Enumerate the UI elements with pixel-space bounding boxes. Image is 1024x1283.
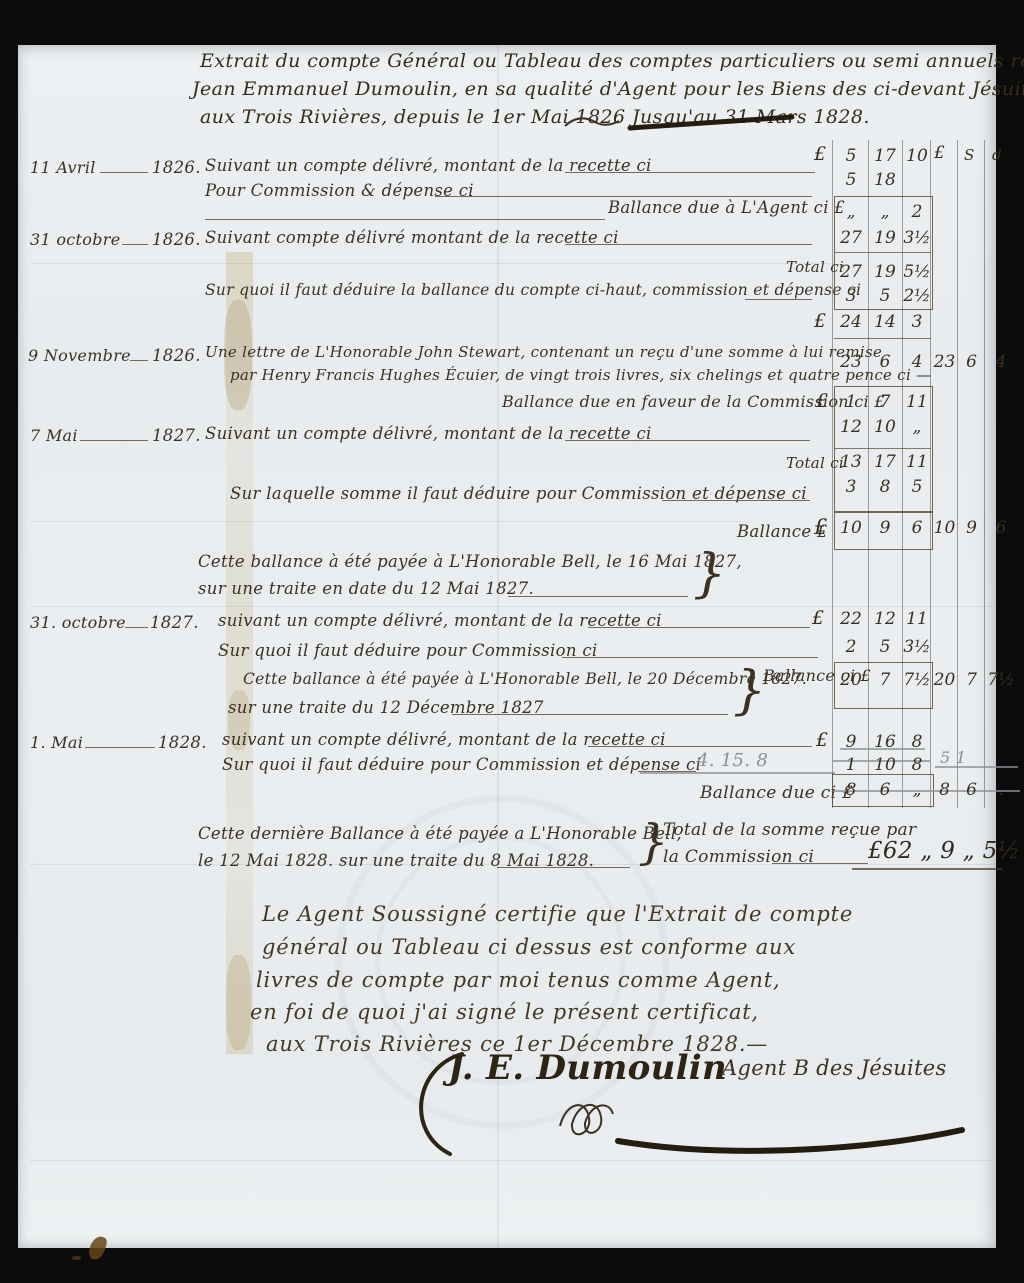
leader-line bbox=[452, 714, 728, 715]
amount-cell: 14 bbox=[868, 312, 902, 332]
title-line-2: Jean Emmanuel Dumoulin, en sa qualité d'… bbox=[192, 78, 1024, 100]
entry-text: Pour Commission & dépense ci bbox=[205, 181, 474, 200]
amount-cell: 5 bbox=[834, 170, 868, 190]
entry-text: Sur quoi il faut déduire pour Commission… bbox=[218, 641, 597, 660]
amount-cell: 3 bbox=[834, 477, 868, 497]
amount-cell: 2½ bbox=[902, 286, 932, 306]
entry-year: 1826. bbox=[152, 230, 201, 249]
amount-cell: 5 bbox=[902, 477, 932, 497]
amount-cell: 20 bbox=[834, 670, 868, 690]
amount-cell: 9 bbox=[868, 518, 902, 538]
date-rule bbox=[100, 172, 148, 173]
grand-total-value: £62 „ 9 „ 5½ bbox=[868, 838, 1020, 864]
certification-line: en foi de quoi j'ai signé le présent cer… bbox=[250, 1000, 759, 1024]
payment-note: Cette ballance à été payée à L'Honorable… bbox=[243, 670, 807, 688]
certification-line: livres de compte par moi tenus comme Age… bbox=[256, 968, 780, 992]
leader-line bbox=[745, 299, 812, 300]
ledger-rule bbox=[984, 140, 985, 808]
pound-sign: £ bbox=[816, 729, 828, 751]
date-rule bbox=[122, 244, 148, 245]
ledger-rule bbox=[957, 140, 958, 808]
date-rule bbox=[85, 747, 155, 748]
date-rule bbox=[80, 440, 148, 441]
entry-text: Sur quoi il faut déduire la ballance du … bbox=[205, 281, 861, 299]
entry-date: 31. octobre bbox=[30, 613, 126, 632]
payment-note: Cette dernière Ballance à été payée a L'… bbox=[198, 824, 682, 843]
pound-sign-header: £ bbox=[934, 143, 945, 163]
amount-cell: 10 bbox=[902, 146, 932, 166]
date-rule bbox=[125, 627, 148, 628]
amount-cell: 1 bbox=[834, 755, 868, 775]
entry-text: Une lettre de L'Honorable John Stewart, … bbox=[205, 343, 882, 361]
fold-line bbox=[30, 521, 740, 522]
leader-line bbox=[508, 596, 688, 597]
amount-cell: 16 bbox=[868, 732, 902, 752]
amount-cell: 6 bbox=[959, 780, 984, 800]
pencil-annotation: 4. 15. 8 bbox=[697, 750, 768, 771]
amount-cell: 7½ bbox=[986, 670, 1016, 690]
amount-cell: 9 bbox=[959, 518, 984, 538]
entry-date: 11 Avril bbox=[30, 158, 96, 177]
amount-cell: 19 bbox=[868, 262, 902, 282]
entry-year: 1827. bbox=[152, 426, 201, 445]
leader-line bbox=[588, 746, 812, 747]
balance-label: Ballance due ci £ bbox=[700, 783, 853, 803]
pence-header: d bbox=[992, 146, 1002, 164]
amount-cell: 12 bbox=[868, 609, 902, 629]
amount-cell: 10 bbox=[932, 518, 957, 538]
amount-cell: 18 bbox=[868, 170, 902, 190]
amount-cell: 5 bbox=[834, 146, 868, 166]
amount-cell: 8 bbox=[902, 732, 932, 752]
signature-flourish bbox=[400, 1040, 1020, 1170]
pound-sign: £ bbox=[812, 607, 824, 629]
amount-cell: 3½ bbox=[902, 228, 932, 248]
amount-cell: 12 bbox=[834, 417, 868, 437]
amount-cell: 2 bbox=[834, 637, 868, 657]
amount-cell: 2 bbox=[902, 202, 932, 222]
entry-year: 1827. bbox=[150, 613, 199, 632]
pound-sign: £ bbox=[816, 390, 828, 412]
amount-cell: 8 bbox=[932, 780, 957, 800]
payment-note: sur une traite en date du 12 Mai 1827. bbox=[198, 579, 534, 598]
entry-text: Sur quoi il faut déduire pour Commission… bbox=[222, 755, 701, 774]
tape-stain-dark bbox=[226, 955, 251, 1050]
amount-cell: . bbox=[986, 780, 1016, 800]
pencil-strike bbox=[935, 766, 1018, 768]
amount-cell: 6 bbox=[986, 518, 1016, 538]
amount-cell: „ bbox=[902, 780, 932, 800]
entry-date: 7 Mai bbox=[30, 426, 78, 445]
leader-line bbox=[565, 172, 815, 173]
amount-cell: „ bbox=[834, 202, 868, 222]
ledger-rule bbox=[832, 140, 833, 808]
amount-cell: 3 bbox=[834, 286, 868, 306]
leader-line bbox=[565, 244, 812, 245]
amount-cell: 17 bbox=[868, 452, 902, 472]
amount-cell: 7 bbox=[868, 392, 902, 412]
amount-cell: „ bbox=[902, 417, 932, 437]
date-rule bbox=[130, 360, 148, 361]
amount-cell: 23 bbox=[932, 352, 957, 372]
amount-cell: 11 bbox=[902, 392, 932, 412]
certification-line: Le Agent Soussigné certifie que l'Extrai… bbox=[262, 902, 853, 926]
amount-cell: 23 bbox=[834, 352, 868, 372]
amount-cell: 6 bbox=[868, 352, 902, 372]
amount-cell: 1 bbox=[834, 392, 868, 412]
amount-cell: 3½ bbox=[902, 637, 932, 657]
amount-cell: 5½ bbox=[902, 262, 932, 282]
amount-cell: 22 bbox=[834, 609, 868, 629]
amount-cell: 24 bbox=[834, 312, 868, 332]
amount-cell: 6 bbox=[868, 780, 902, 800]
title-line-1: Extrait du compte Général ou Tableau des… bbox=[200, 50, 1024, 72]
entry-year: 1826. bbox=[152, 346, 201, 365]
leader-line bbox=[662, 500, 810, 501]
brace-glyph: } bbox=[733, 665, 766, 717]
amount-cell: 13 bbox=[834, 452, 868, 472]
amount-cell: 10 bbox=[868, 417, 902, 437]
pound-sign: £ bbox=[814, 515, 827, 539]
leader-line bbox=[562, 657, 818, 658]
amount-cell: „ bbox=[868, 202, 902, 222]
certification-line: général ou Tableau ci dessus est conform… bbox=[262, 935, 796, 959]
amount-cell: 7 bbox=[868, 670, 902, 690]
grand-total-label: la Commission ci bbox=[663, 847, 814, 867]
ink-smudge-dot bbox=[72, 1256, 81, 1260]
ledger-divider bbox=[834, 338, 931, 339]
amount-cell: 7 bbox=[959, 670, 984, 690]
total-underline bbox=[852, 868, 1002, 870]
amount-cell: 20 bbox=[932, 670, 957, 690]
amount-cell: 10 bbox=[834, 518, 868, 538]
amount-cell: 5 bbox=[868, 286, 902, 306]
amount-cell: 4 bbox=[986, 352, 1016, 372]
brace-glyph: } bbox=[693, 548, 726, 600]
entry-year: 1828. bbox=[158, 733, 207, 752]
amount-cell: 11 bbox=[902, 452, 932, 472]
ledger-divider bbox=[834, 448, 931, 449]
entry-date: 9 Novembre bbox=[28, 346, 131, 365]
amount-cell: 11 bbox=[902, 609, 932, 629]
grand-total-label: Total de la somme reçue par bbox=[663, 820, 916, 840]
leader-line bbox=[565, 440, 810, 441]
amount-cell: 27 bbox=[834, 262, 868, 282]
amount-cell: 27 bbox=[834, 228, 868, 248]
leader-line bbox=[772, 863, 868, 864]
pencil-annotation: 5 1 bbox=[940, 748, 966, 767]
entry-year: 1826. bbox=[152, 158, 201, 177]
payment-note: Cette ballance à été payée à L'Honorable… bbox=[198, 552, 742, 571]
title-flourish bbox=[560, 110, 800, 140]
entry-text: par Henry Francis Hughes Écuier, de ving… bbox=[230, 366, 931, 384]
amount-cell: 8 bbox=[902, 755, 932, 775]
fold-line bbox=[30, 263, 830, 264]
amount-cell: 6 bbox=[959, 352, 984, 372]
shillings-header: S bbox=[964, 146, 974, 164]
scanned-document: Extrait du compte Général ou Tableau des… bbox=[0, 0, 1024, 1283]
amount-cell: 9 bbox=[834, 732, 868, 752]
pencil-underline bbox=[640, 772, 835, 774]
amount-cell: 17 bbox=[868, 146, 902, 166]
amount-cell: 10 bbox=[868, 755, 902, 775]
leader-line bbox=[588, 627, 810, 628]
balance-label: Ballance due à L'Agent ci £ bbox=[608, 198, 845, 217]
fold-line bbox=[30, 606, 995, 607]
amount-cell: 8 bbox=[834, 780, 868, 800]
entry-date: 31 octobre bbox=[30, 230, 120, 249]
pound-sign: £ bbox=[814, 310, 826, 332]
ledger-divider bbox=[834, 252, 931, 253]
amount-cell: 5 bbox=[868, 637, 902, 657]
amount-cell: 7½ bbox=[902, 670, 932, 690]
entry-text: Suivant compte délivré montant de la rec… bbox=[205, 228, 619, 247]
pound-sign: £ bbox=[814, 143, 826, 165]
entry-date: 1. Mai bbox=[30, 733, 83, 752]
amount-cell: 19 bbox=[868, 228, 902, 248]
amount-cell: 4 bbox=[902, 352, 932, 372]
amount-cell: 6 bbox=[902, 518, 932, 538]
amount-cell: 8 bbox=[868, 477, 902, 497]
leader-line bbox=[497, 867, 630, 868]
leader-line bbox=[435, 196, 812, 197]
amount-cell: 3 bbox=[902, 312, 932, 332]
leader-line bbox=[205, 219, 605, 220]
